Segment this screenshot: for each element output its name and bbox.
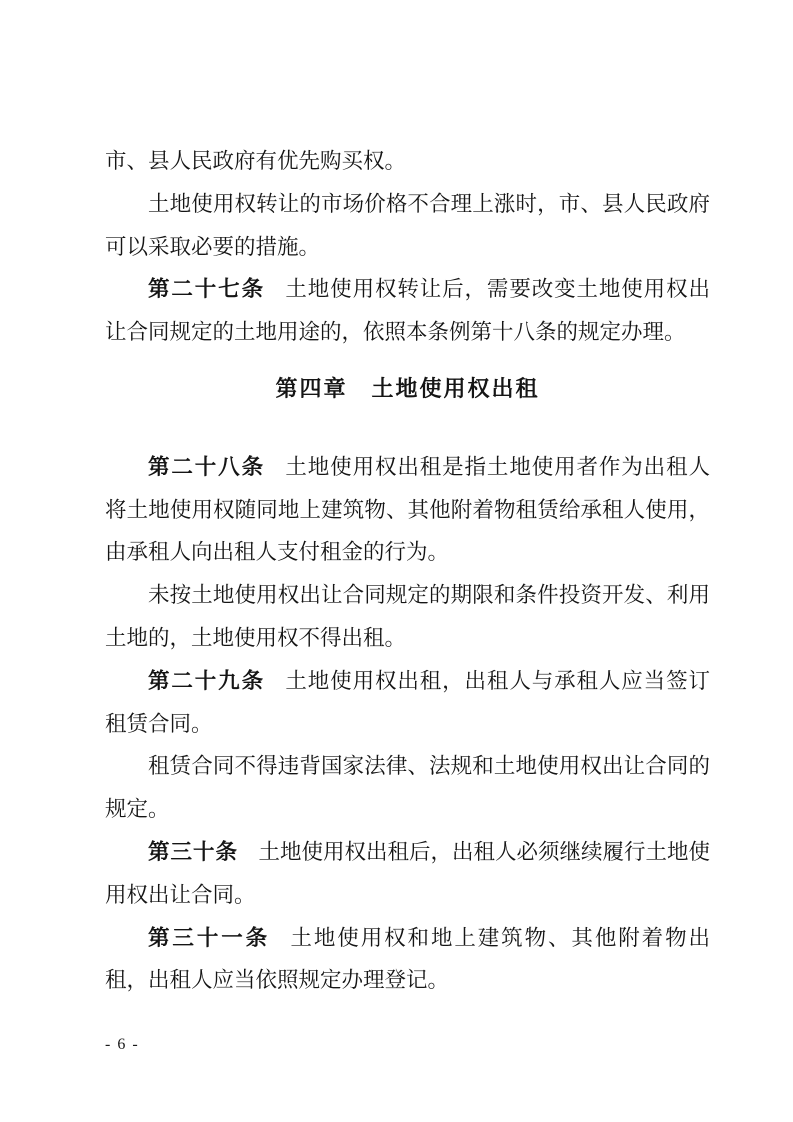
chapter-heading: 第四章 土地使用权出租	[105, 368, 710, 411]
paragraph-text: 市、县人民政府有优先购买权。	[105, 149, 406, 173]
article-number: 第二十九条	[148, 669, 265, 693]
article-paragraph: 第三十条土地使用权出租后，出租人必须继续履行土地使用权出让合同。	[105, 831, 710, 917]
paragraph-text: 租赁合同不得违背国家法律、法规和土地使用权出让合同的规定。	[105, 754, 710, 821]
article-paragraph: 第二十八条土地使用权出租是指土地使用者作为出租人将土地使用权随同地上建筑物、其他…	[105, 446, 710, 574]
paragraph: 土地使用权转让的市场价格不合理上涨时，市、县人民政府可以采取必要的措施。	[105, 183, 710, 269]
article-number: 第三十一条	[148, 926, 270, 950]
document-body: 市、县人民政府有优先购买权。土地使用权转让的市场价格不合理上涨时，市、县人民政府…	[105, 140, 710, 1002]
paragraph: 市、县人民政府有优先购买权。	[105, 140, 710, 183]
paragraph: 未按土地使用权出让合同规定的期限和条件投资开发、利用土地的，土地使用权不得出租。	[105, 574, 710, 660]
article-number: 第二十八条	[148, 455, 265, 479]
article-paragraph: 第二十七条土地使用权转让后，需要改变土地使用权出让合同规定的土地用途的，依照本条…	[105, 268, 710, 354]
paragraph: 租赁合同不得违背国家法律、法规和土地使用权出让合同的规定。	[105, 745, 710, 831]
article-paragraph: 第三十一条土地使用权和地上建筑物、其他附着物出租，出租人应当依照规定办理登记。	[105, 917, 710, 1003]
paragraph-text: 土地使用权转让的市场价格不合理上涨时，市、县人民政府可以采取必要的措施。	[105, 192, 710, 259]
page-number: - 6 -	[105, 1036, 139, 1054]
article-number: 第二十七条	[148, 277, 265, 301]
paragraph-text: 未按土地使用权出让合同规定的期限和条件投资开发、利用土地的，土地使用权不得出租。	[105, 583, 710, 650]
document-page: 市、县人民政府有优先购买权。土地使用权转让的市场价格不合理上涨时，市、县人民政府…	[0, 0, 793, 1122]
article-paragraph: 第二十九条土地使用权出租，出租人与承租人应当签订租赁合同。	[105, 660, 710, 746]
article-number: 第三十条	[148, 840, 238, 864]
